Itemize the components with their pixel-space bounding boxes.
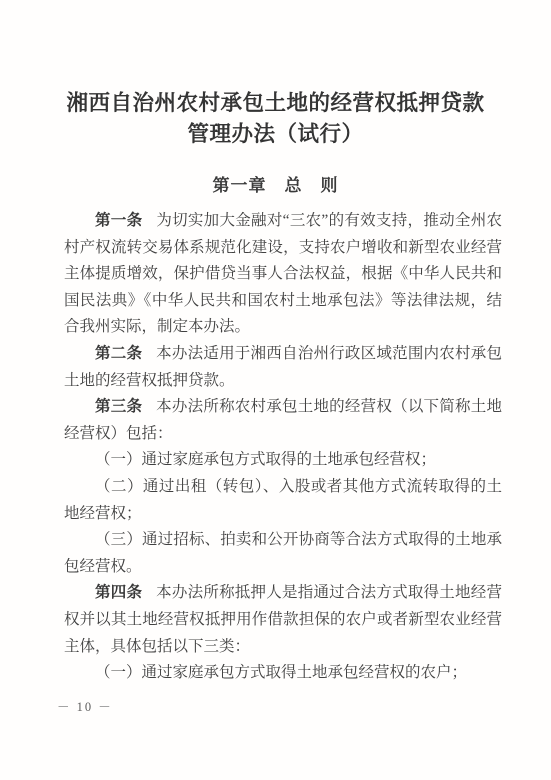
article-text: （一）通过家庭承包方式取得土地承包经营权的农户； — [95, 664, 467, 681]
article-text: （二）通过出租（转包）、入股或者其他方式流转取得的土地经营权； — [64, 478, 502, 522]
article-label: 第二条 — [95, 345, 142, 362]
list-item: （二）通过出租（转包）、入股或者其他方式流转取得的土地经营权； — [64, 474, 502, 527]
page-number: － 10 － — [57, 697, 113, 715]
list-item: （三）通过招标、拍卖和公开协商等合法方式取得的土地承包经营权。 — [64, 527, 502, 580]
article-label: 第一条 — [95, 212, 142, 229]
article-paragraph: 第一条为切实加大金融对“三农”的有效支持，推动全州农村产权流转交易体系规范化建设… — [64, 208, 502, 341]
article-paragraph: 第四条本办法所称抵押人是指通过合法方式取得土地经营权并以其土地经营权抵押用作借款… — [64, 580, 502, 660]
document-title-line2: 管理办法（试行） — [0, 119, 551, 150]
article-text: （三）通过招标、拍卖和公开协商等合法方式取得的土地承包经营权。 — [64, 531, 502, 575]
article-label: 第三条 — [95, 398, 142, 415]
document-title-line1: 湘西自治州农村承包土地的经营权抵押贷款 — [0, 88, 551, 119]
list-item: （一）通过家庭承包方式取得土地承包经营权的农户； — [64, 660, 502, 687]
list-item: （一）通过家庭承包方式取得的土地承包经营权； — [64, 447, 502, 474]
document-page: 湘西自治州农村承包土地的经营权抵押贷款 管理办法（试行） 第一章 总 则 第一条… — [0, 0, 551, 780]
article-text: 为切实加大金融对“三农”的有效支持，推动全州农村产权流转交易体系规范化建设，支持… — [64, 212, 502, 335]
document-body: 第一条为切实加大金融对“三农”的有效支持，推动全州农村产权流转交易体系规范化建设… — [64, 208, 502, 687]
article-paragraph: 第二条本办法适用于湘西自治州行政区域范围内农村承包土地的经营权抵押贷款。 — [64, 341, 502, 394]
article-text: （一）通过家庭承包方式取得的土地承包经营权； — [95, 451, 436, 468]
chapter-heading: 第一章 总 则 — [0, 176, 551, 196]
article-label: 第四条 — [95, 584, 142, 601]
document-title: 湘西自治州农村承包土地的经营权抵押贷款 管理办法（试行） — [0, 0, 551, 150]
article-paragraph: 第三条本办法所称农村承包土地的经营权（以下简称土地经营权）包括： — [64, 394, 502, 447]
